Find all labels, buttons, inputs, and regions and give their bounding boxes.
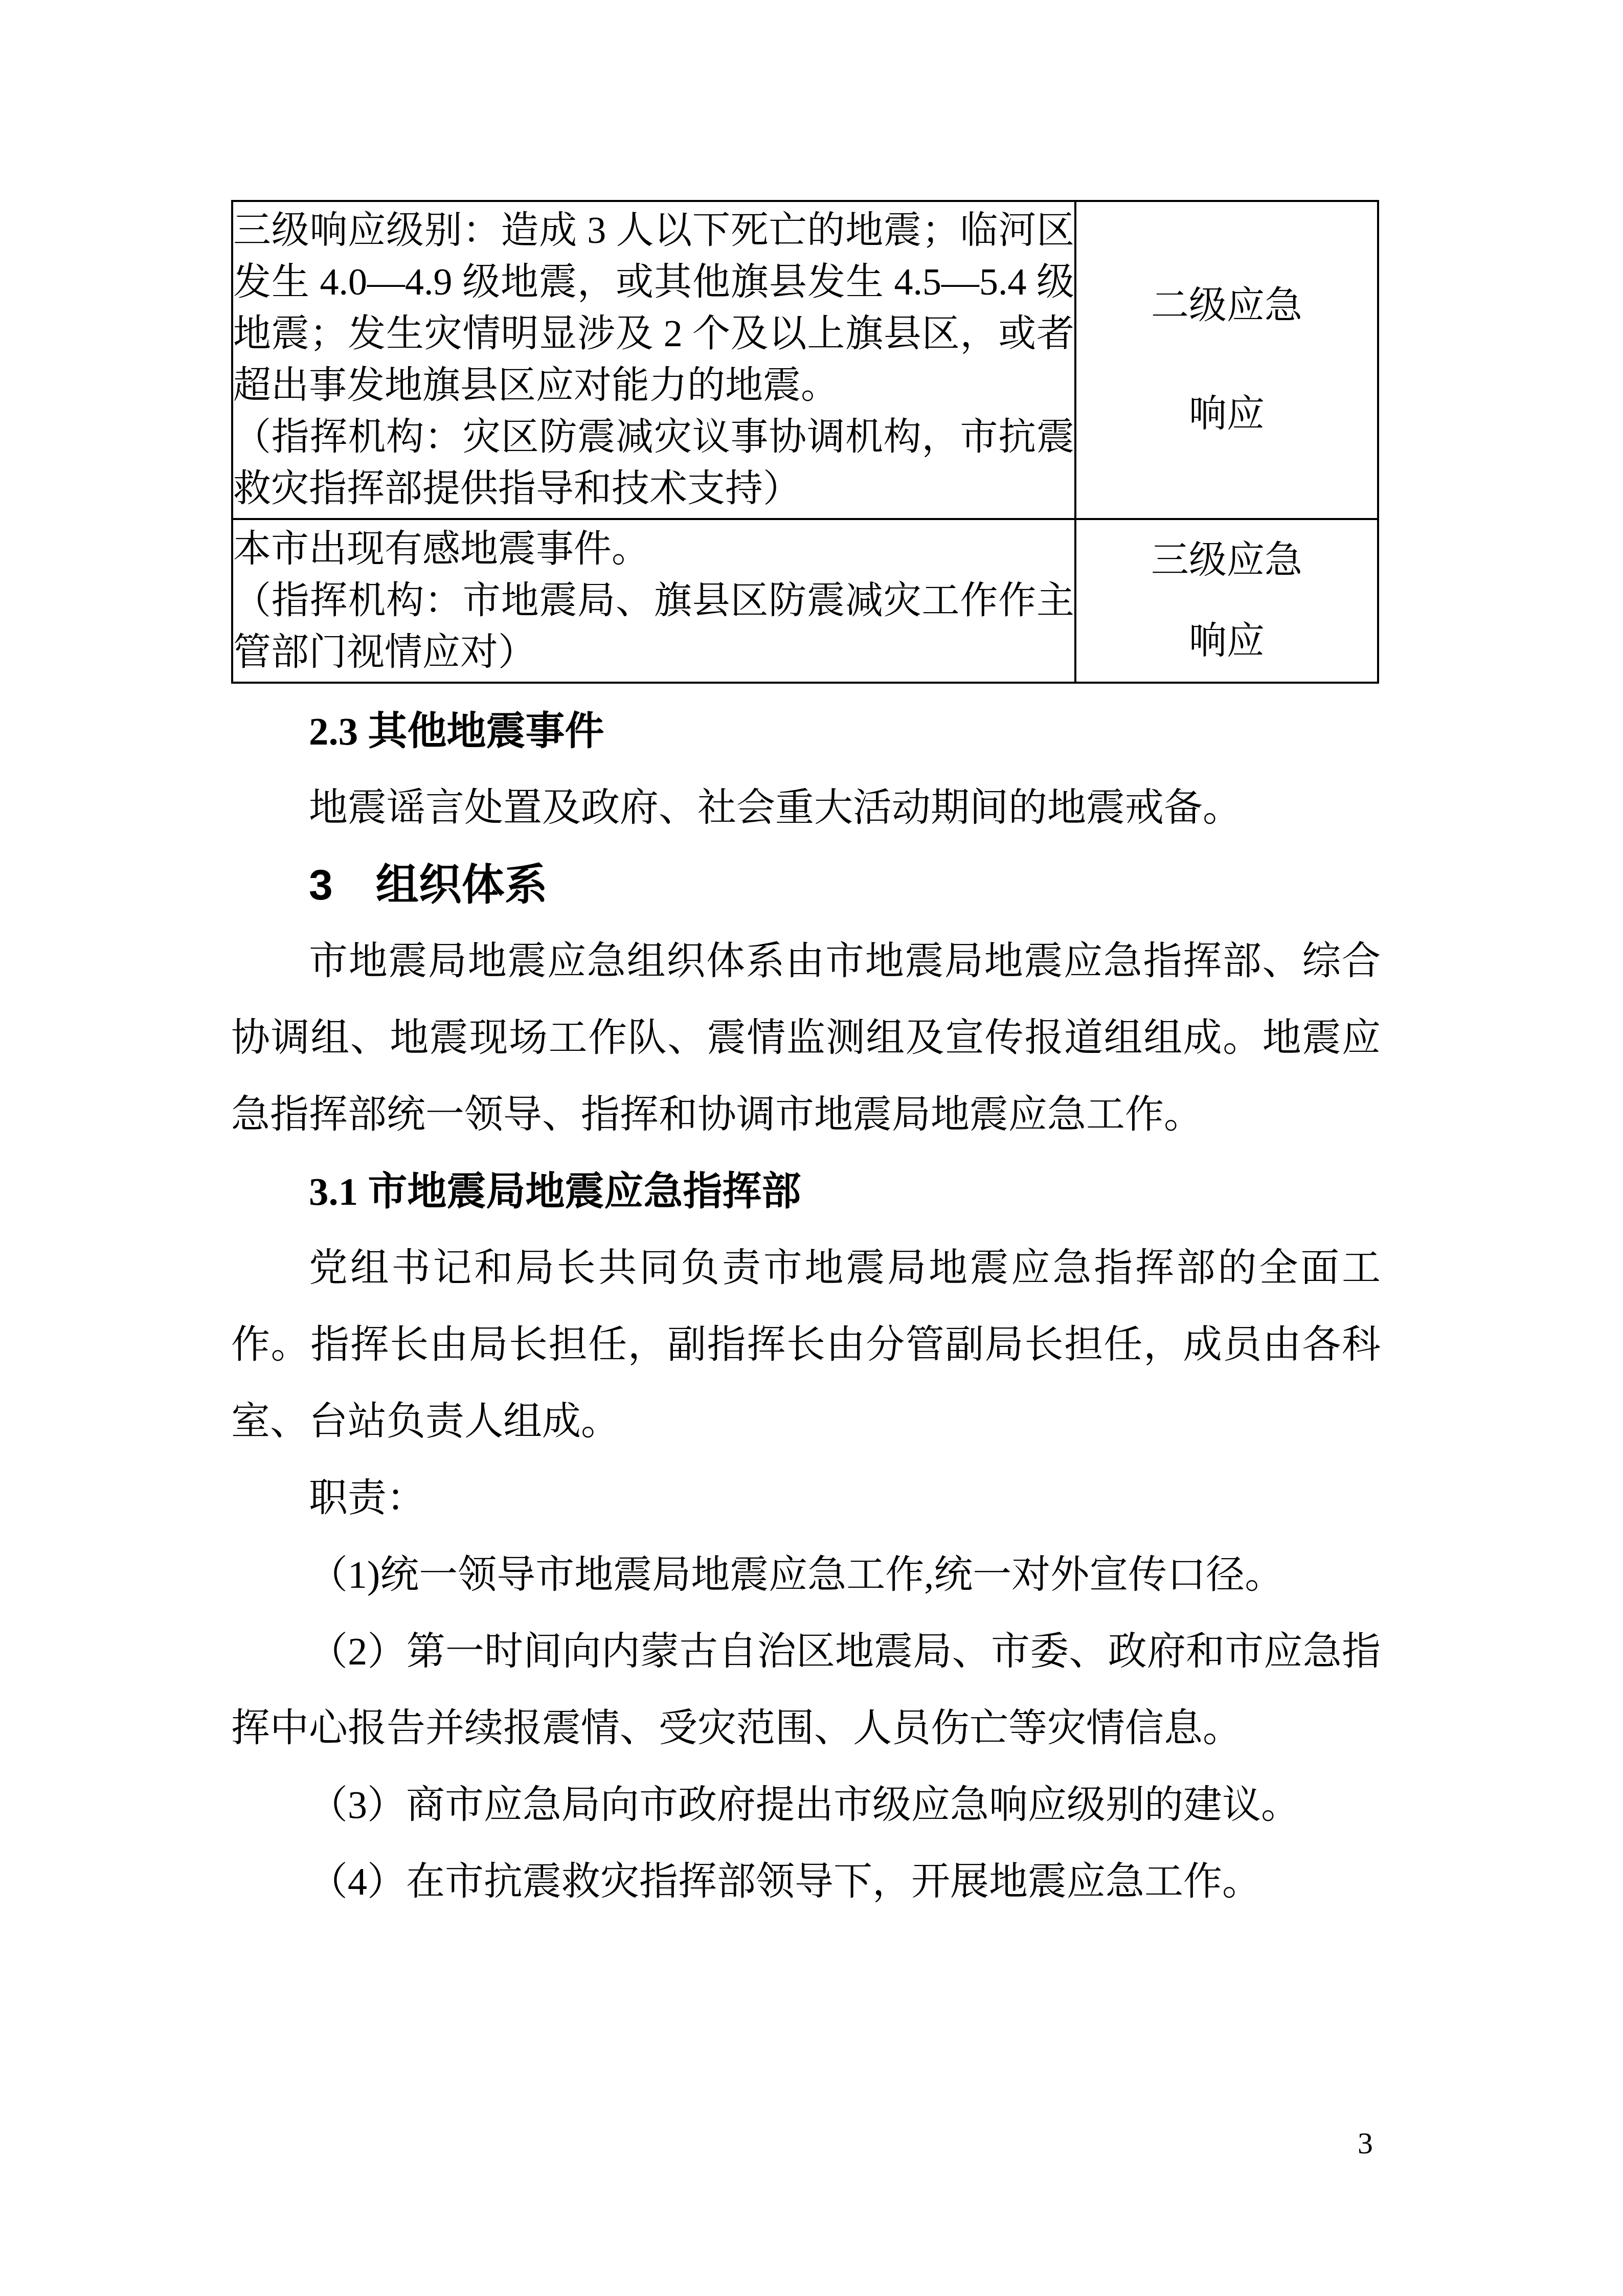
table-row: 三级响应级别：造成 3 人以下死亡的地震；临河区发生 4.0—4.9 级地震，或… [232,201,1378,519]
page-number: 3 [1358,2125,1373,2161]
response-level-cell: 三级应急 响应 [1075,519,1378,683]
earthquake-response-level-table: 三级响应级别：造成 3 人以下死亡的地震；临河区发生 4.0—4.9 级地震，或… [231,200,1379,684]
section-heading-3-1: 3.1 市地震局地震应急指挥部 [231,1153,1381,1230]
command-note: （指挥机构：市地震局、旗县区防震减灾工作作主管部门视情应对） [233,575,1074,679]
section-heading-3: 3 组织体系 [231,846,1381,923]
duties-label: 职责： [231,1460,1381,1537]
document-page: 三级响应级别：造成 3 人以下死亡的地震；临河区发生 4.0—4.9 级地震，或… [0,0,1623,2296]
section-3-1-paragraph: 党组书记和局长共同负责市地震局地震应急指挥部的全面工作。指挥长由局长担任，副指挥… [231,1230,1381,1460]
response-level-cell: 二级应急 响应 [1075,201,1378,519]
condition-cell: 本市出现有感地震事件。 （指挥机构：市地震局、旗县区防震减灾工作作主管部门视情应… [232,519,1075,683]
condition-cell: 三级响应级别：造成 3 人以下死亡的地震；临河区发生 4.0—4.9 级地震，或… [232,201,1075,519]
page-content: 三级响应级别：造成 3 人以下死亡的地震；临河区发生 4.0—4.9 级地震，或… [231,200,1381,1920]
duty-item-1: （1)统一领导市地震局地震应急工作,统一对外宣传口径。 [231,1537,1381,1613]
section-2-3-paragraph: 地震谣言处置及政府、社会重大活动期间的地震戒备。 [231,770,1381,846]
duty-item-3: （3）商市应急局向市政府提出市级应急响应级别的建议。 [231,1767,1381,1843]
table-row: 本市出现有感地震事件。 （指挥机构：市地震局、旗县区防震减灾工作作主管部门视情应… [232,519,1378,683]
section-3-paragraph: 市地震局地震应急组织体系由市地震局地震应急指挥部、综合协调组、地震现场工作队、震… [231,923,1381,1153]
command-note: （指挥机构：灾区防震减灾议事协调机构，市抗震救灾指挥部提供指导和技术支持） [233,412,1074,515]
condition-text: 本市出现有感地震事件。 [233,524,1074,575]
condition-text: 三级响应级别：造成 3 人以下死亡的地震；临河区发生 4.0—4.9 级地震，或… [233,205,1074,412]
duty-item-4: （4）在市抗震救灾指挥部领导下，开展地震应急工作。 [231,1843,1381,1920]
section-heading-2-3: 2.3 其他地震事件 [231,693,1381,770]
document-body: 2.3 其他地震事件 地震谣言处置及政府、社会重大活动期间的地震戒备。 3 组织… [231,693,1381,1920]
duty-item-2: （2）第一时间向内蒙古自治区地震局、市委、政府和市应急指挥中心报告并续报震情、受… [231,1613,1381,1767]
